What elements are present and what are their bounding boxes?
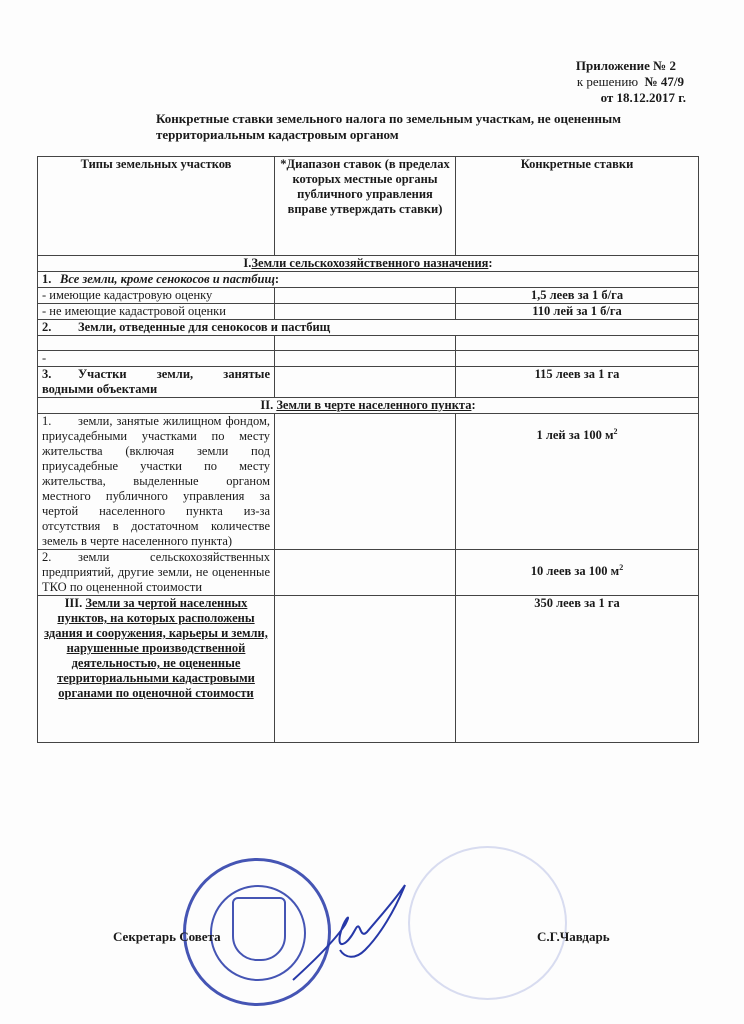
empty-cell [38,336,275,351]
annex-number: Приложение № 2 [576,58,686,74]
rate-superscript: 2 [619,563,623,572]
range-cell [275,550,456,596]
item-2-heading: 2.Земли, отведенные для сенокосов и паст… [38,320,699,336]
section-2-title: Земли в черте населенного пункта [276,398,471,412]
item-1-colon: : [275,272,279,286]
table-header-row: Типы земельных участков *Диапазон ставок… [38,157,699,256]
coat-of-arms-icon [232,897,286,961]
item-2-number: 2. [42,320,78,335]
dash-cell: - [38,351,275,367]
land-type-cell: - не имеющие кадастровой оценки [38,304,275,320]
item-3-land-type: 3.Участки земли, занятые водными объекта… [38,367,275,398]
section-1-title: Земли сельскохозяйственного назначения [251,256,488,270]
signatory-role: Секретарь Совета [113,929,221,945]
range-cell [275,288,456,304]
empty-row [38,336,699,351]
range-cell [275,596,456,743]
decision-number: № 47/9 [645,74,684,89]
table-row: 1.земли, занятые жилищном фондом, приуса… [38,414,699,550]
document-title: Конкретные ставки земельного налога по з… [156,111,716,143]
item-1-heading: 1.Все земли, кроме сенокосов и пастбищ: [38,272,699,288]
section-3-title: Земли за чертой населенных пунктов, на к… [44,596,268,700]
section-2-row: II. Земли в черте населенного пункта: [38,398,699,414]
range-cell [275,304,456,320]
section-1-heading: I.Земли сельскохозяйственного назначения… [38,256,699,272]
range-cell [275,414,456,550]
decision-reference: к решению № 47/9 [576,74,686,90]
empty-cell [456,351,699,367]
empty-cell [456,336,699,351]
rate-cell: 115 леев за 1 га [456,367,699,398]
table-row: 2.земли сельскохозяйственных предприятий… [38,550,699,596]
rate-cell: 110 лей за 1 б/га [456,304,699,320]
empty-cell [275,351,456,367]
section-1-row: I.Земли сельскохозяйственного назначения… [38,256,699,272]
land-type-cell: - имеющие кадастровую оценку [38,288,275,304]
rate-cell: 10 леев за 100 м2 [456,550,699,596]
header-specific-rates: Конкретные ставки [456,157,699,256]
item-1-number: 1. [42,272,60,287]
table-row: - не имеющие кадастровой оценки 110 лей … [38,304,699,320]
section-2-colon: : [471,398,475,412]
tax-rates-table: Типы земельных участков *Диапазон ставок… [37,156,699,743]
land-type-cell: 2.земли сельскохозяйственных предприятий… [38,550,275,596]
section-3-heading: III. Земли за чертой населенных пунктов,… [38,596,275,743]
item-2-row: 2.Земли, отведенные для сенокосов и паст… [38,320,699,336]
row-number: 1. [42,414,78,429]
rate-value: 10 леев за 100 м [531,564,619,578]
rate-cell: 350 леев за 1 га [456,596,699,743]
item-3-number: 3. [42,367,78,382]
rate-value: 1 лей за 100 м [536,428,613,442]
section-3-roman: III. [65,596,83,610]
table-row: - имеющие кадастровую оценку 1,5 леев за… [38,288,699,304]
section-2-heading: II. Земли в черте населенного пункта: [38,398,699,414]
rate-superscript: 2 [614,427,618,436]
dash-row: - [38,351,699,367]
item-1-heading-row: 1.Все земли, кроме сенокосов и пастбищ: [38,272,699,288]
rate-cell: 1,5 леев за 1 б/га [456,288,699,304]
row-text: земли, занятые жилищном фондом, приусаде… [42,414,270,548]
empty-cell [275,336,456,351]
item-2-label: Земли, отведенные для сенокосов и пастби… [78,320,330,334]
row-number: 2. [42,550,78,565]
section-1-colon: : [488,256,492,270]
signatory-name: С.Г.Чавдарь [537,929,610,945]
decision-date: от 18.12.2017 г. [576,90,686,106]
decision-prefix: к решению [577,74,638,89]
faint-stamp-imprint [408,846,567,1000]
item-3-row: 3.Участки земли, занятые водными объекта… [38,367,699,398]
header-rate-range: *Диапазон ставок (в пределах которых мес… [275,157,456,256]
range-cell [275,367,456,398]
annex-header: Приложение № 2 к решению № 47/9 от 18.12… [576,58,686,106]
header-land-types: Типы земельных участков [38,157,275,256]
item-1-label: Все земли, кроме сенокосов и пастбищ [60,272,275,286]
signature-icon [285,880,415,990]
section-3-row: III. Земли за чертой населенных пунктов,… [38,596,699,743]
rate-cell: 1 лей за 100 м2 [456,414,699,550]
land-type-cell: 1.земли, занятые жилищном фондом, приуса… [38,414,275,550]
section-2-roman: II. [260,398,273,412]
